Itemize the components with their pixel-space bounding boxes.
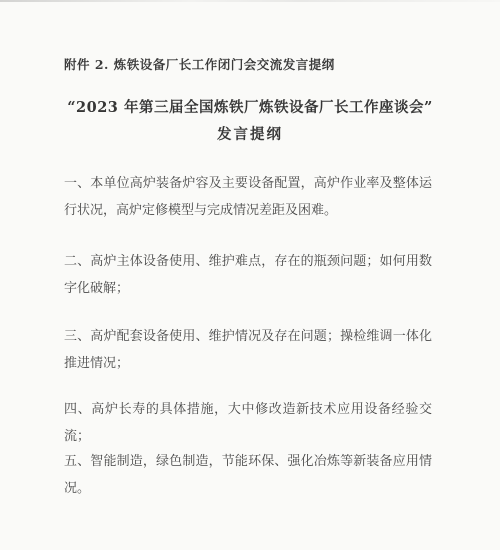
- speech-outline-subtitle: 发言提纲: [30, 125, 470, 145]
- document-page: 附件 2. 炼铁设备厂长工作闭门会交流发言提纲 “2023 年第三届全国炼铁厂炼…: [0, 0, 500, 550]
- agenda-item-2: 二、高炉主体设备使用、维护难点，存在的瓶颈问题；如何用数字化破解；: [64, 249, 432, 302]
- scan-edge-artifact: [0, 0, 500, 2]
- agenda-item-3: 三、高炉配套设备使用、维护情况及存在问题；操检维调一体化推进情况；: [64, 324, 432, 377]
- meeting-title: “2023 年第三届全国炼铁厂炼铁设备厂长工作座谈会”: [30, 98, 470, 118]
- attachment-heading: 附件 2. 炼铁设备厂长工作闭门会交流发言提纲: [64, 56, 450, 74]
- agenda-item-5: 五、智能制造，绿色制造，节能环保、强化冶炼等新装备应用情况。: [64, 449, 432, 502]
- agenda-item-1: 一、本单位高炉装备炉容及主要设备配置，高炉作业率及整体运行状况，高炉定修模型与完…: [64, 171, 432, 224]
- agenda-item-4: 四、高炉长寿的具体措施，大中修改造新技术应用设备经验交流；: [64, 397, 432, 450]
